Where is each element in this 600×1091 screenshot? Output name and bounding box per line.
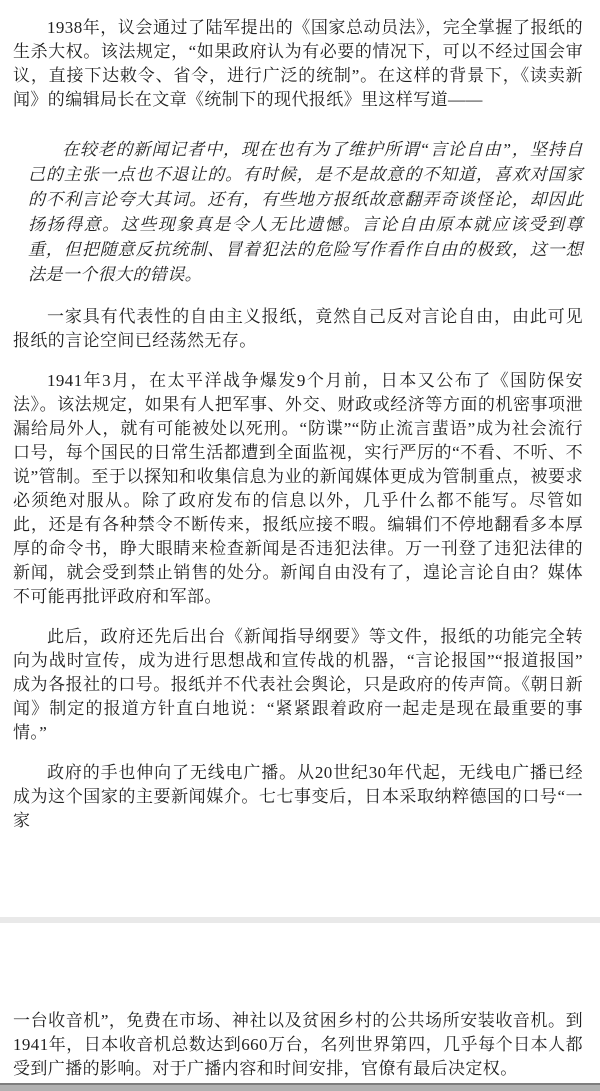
paragraph-radio-continuation: 一台收音机”，免费在市场、神社以及贫困乡村的公共场所安装收音机。到1941年，日… — [13, 1009, 583, 1081]
paragraph-security-law-1941: 1941年3月，在太平洋战争爆发9个月前，日本又公布了《国防保安法》。该法规定，… — [13, 369, 583, 609]
ebook-reader-view[interactable]: 1938年，议会通过了陆军提出的《国家总动员法》，完全掌握了报纸的生杀大权。该法… — [0, 0, 600, 1091]
block-quote-yomiuri-editor: 在较老的新闻记者中，现在也有为了维护所谓“言论自由”，坚持自己的主张一点也不退让… — [28, 137, 583, 287]
page-2: 一台收音机”，免费在市场、神社以及贫困乡村的公共场所安装收音机。到1941年，日… — [0, 923, 600, 1086]
paragraph-press-guidelines: 此后，政府还先后出台《新闻指导纲要》等文件，报纸的功能完全转向为战时宣传，成为进… — [13, 625, 583, 745]
paragraph-liberal-paper: 一家具有代表性的自由主义报纸，竟然自己反对言论自由，由此可见报纸的言论空间已经荡… — [13, 305, 583, 353]
paragraph-mobilization-law: 1938年，议会通过了陆军提出的《国家总动员法》，完全掌握了报纸的生杀大权。该法… — [13, 16, 583, 112]
paragraph-radio-broadcast: 政府的手也伸向了无线电广播。从20世纪30年代起，无线电广播已经成为这个国家的主… — [13, 761, 583, 833]
window-bottom-edge-bar — [0, 1083, 600, 1091]
page-1: 1938年，议会通过了陆军提出的《国家总动员法》，完全掌握了报纸的生杀大权。该法… — [0, 0, 600, 917]
